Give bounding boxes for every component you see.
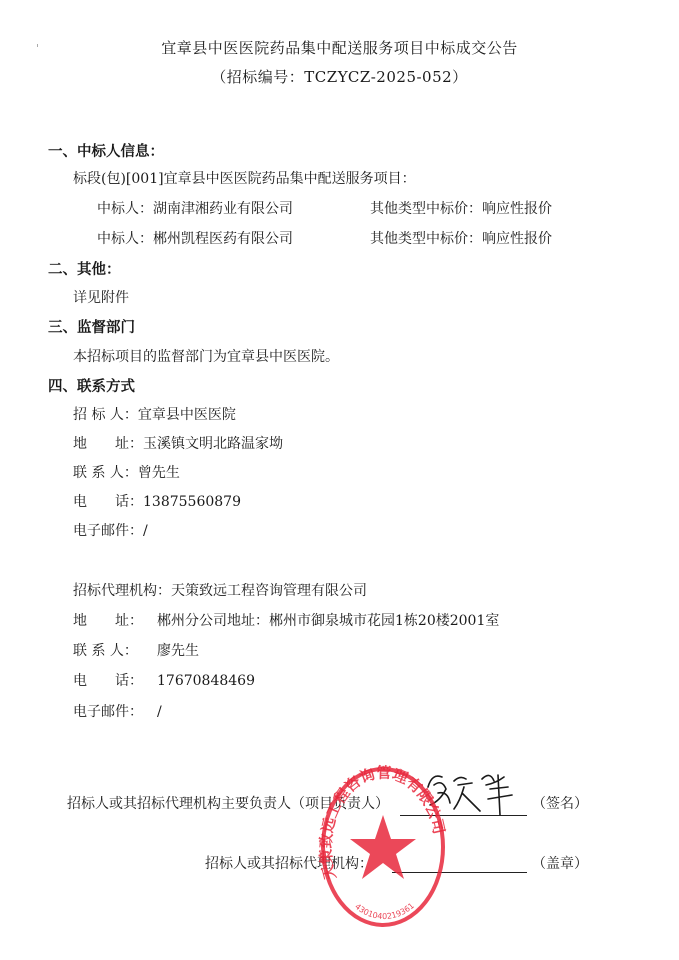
contact-label: 电子邮件： [73, 523, 143, 539]
contact-label: 地 址： [73, 436, 143, 452]
agency-contact-row: 电子邮件：/ [73, 701, 162, 721]
contact-label: 电 话： [73, 494, 143, 510]
contact-row: 招 标 人：宜章县中医医院 [73, 404, 236, 424]
winner-price: 其他类型中标价：响应性报价 [370, 198, 552, 218]
section-heading-supervision: 三、监督部门 [48, 316, 135, 337]
contact-row: 地 址：玉溪镇文明北路温家坳 [73, 433, 283, 453]
price-value: 响应性报价 [482, 231, 552, 247]
agency-label: 招标代理机构： [73, 583, 171, 599]
seal-suffix: （盖章） [532, 853, 588, 873]
contact-value: / [157, 704, 162, 720]
agency-row: 招标代理机构：天策致远工程咨询管理有限公司 [73, 580, 367, 600]
winner-price: 其他类型中标价：响应性报价 [370, 228, 552, 248]
lot-description: 标段(包)[001]宜章县中医医院药品集中配送服务项目： [73, 168, 416, 188]
agency-contact-row: 电 话：17670848469 [73, 670, 255, 690]
price-label: 其他类型中标价： [370, 231, 482, 247]
winner-label: 中标人： [97, 201, 153, 217]
contact-label: 招 标 人： [73, 407, 138, 423]
tender-number: （招标编号：TCZYCZ-2025-052） [0, 66, 679, 87]
winner-label: 中标人： [97, 231, 153, 247]
winner-name: 湖南津湘药业有限公司 [153, 201, 293, 217]
contact-value: 宜章县中医医院 [138, 407, 236, 423]
agency-contact-row: 联 系 人：廖先生 [73, 640, 199, 660]
contact-row: 联 系 人：曾先生 [73, 462, 180, 482]
contact-label: 联 系 人： [73, 465, 138, 481]
price-label: 其他类型中标价： [370, 201, 482, 217]
winner-name: 郴州凯程医药有限公司 [153, 231, 293, 247]
section-heading-other: 二、其他： [48, 258, 121, 279]
contact-label: 联 系 人： [73, 640, 157, 660]
contact-value: 曾先生 [138, 465, 180, 481]
section-heading-winners: 一、中标人信息： [48, 140, 164, 161]
contact-label: 地 址： [73, 610, 157, 630]
section-heading-contact: 四、联系方式 [48, 375, 135, 396]
agency-name: 天策致远工程咨询管理有限公司 [171, 583, 367, 599]
contact-label: 电 话： [73, 670, 157, 690]
contact-label: 电子邮件： [73, 701, 157, 721]
contact-value: 13875560879 [143, 494, 241, 510]
contact-value: 17670848469 [157, 673, 255, 689]
contact-row: 电子邮件：/ [73, 520, 148, 540]
page-title: 宜章县中医医院药品集中配送服务项目中标成交公告 [0, 37, 679, 58]
contact-row: 电 话：13875560879 [73, 491, 241, 511]
winner-row: 中标人：湖南津湘药业有限公司 [97, 198, 293, 218]
contact-value: 郴州分公司地址：郴州市御泉城市花园1栋20楼2001室 [157, 613, 499, 629]
company-seal-stamp: 天策致远工程咨询管理有限公司 4301040219361 [318, 763, 448, 928]
signature-suffix: （签名） [532, 793, 588, 813]
contact-value: 廖先生 [157, 643, 199, 659]
contact-value: 玉溪镇文明北路温家坳 [143, 436, 283, 452]
other-text: 详见附件 [73, 287, 129, 307]
price-value: 响应性报价 [482, 201, 552, 217]
supervision-text: 本招标项目的监督部门为宜章县中医医院。 [73, 346, 339, 366]
agency-contact-row: 地 址：郴州分公司地址：郴州市御泉城市花园1栋20楼2001室 [73, 610, 499, 630]
contact-value: / [143, 523, 148, 539]
winner-row: 中标人：郴州凯程医药有限公司 [97, 228, 293, 248]
